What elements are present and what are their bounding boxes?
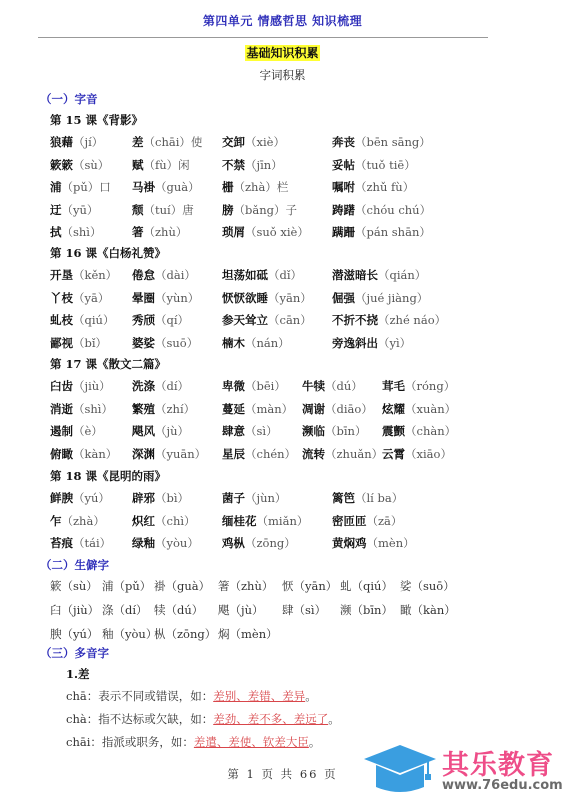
pinyin: （bǐ）: [73, 336, 107, 350]
word-entry: 茸毛（róng）: [382, 378, 455, 394]
word: 繁殖: [132, 402, 155, 416]
pinyin: （tuí）唐: [144, 203, 194, 217]
rare-char-entry: 浦（pǔ）: [102, 578, 151, 594]
word-entry: 丫枝（yā）: [50, 290, 109, 306]
word: 迂: [50, 203, 62, 217]
word: 星辰: [222, 447, 245, 461]
header-divider: [38, 37, 488, 38]
word-entry: 踌躇（chóu chú）: [332, 202, 431, 218]
word: 蔓延: [222, 402, 245, 416]
pinyin: （yùn）: [155, 291, 199, 305]
word: 苔痕: [50, 536, 73, 550]
word-entry: 浦（pǔ）口: [50, 179, 111, 195]
rare-char-entry: 臼（jiù）: [50, 602, 99, 618]
word-entry: 参天耸立（cān）: [222, 312, 312, 328]
word-row: 浦（pǔ）口马褂（guà）栅（zhà）栏嘱咐（zhǔ fù）: [50, 179, 530, 197]
polyphone-examples: 差别、差错、差异: [213, 689, 305, 703]
word-entry: 鲜腴（yú）: [50, 490, 110, 506]
pinyin: （qián）: [378, 268, 426, 282]
word-entry: 鸡枞（zōng）: [222, 535, 296, 551]
pinyin: （suǒ xiè）: [245, 225, 309, 239]
pinyin: （zōng）: [245, 536, 296, 550]
word-row: 鄙视（bǐ）婆娑（suō）楠木（nán）旁逸斜出（yì）: [50, 335, 530, 353]
word: 楠木: [222, 336, 245, 350]
word: 倔强: [332, 291, 355, 305]
word-entry: 鄙视（bǐ）: [50, 335, 107, 351]
pinyin: （zhǔ fù）: [355, 180, 414, 194]
pinyin: （dài）: [155, 268, 196, 282]
word: 鸡枞: [222, 536, 245, 550]
word-row: 丫枝（yā）晕圈（yùn）恹恹欲睡（yān）倔强（jué jiàng）: [50, 290, 530, 308]
word: 蹒跚: [332, 225, 355, 239]
word: 箸: [132, 225, 144, 239]
rare-char-entry: 娑（suō）: [400, 578, 455, 594]
highlighted-title-text: 基础知识积累: [245, 45, 319, 61]
word: 不折不挠: [332, 313, 378, 327]
word: 颓: [132, 203, 144, 217]
word: 缅桂花: [222, 514, 257, 528]
rare-char-entry: 箸（zhù）: [218, 578, 273, 594]
word: 参天耸立: [222, 313, 268, 327]
pinyin: （fù）闲: [144, 158, 190, 172]
polyphone-line: chāi：指派或职务，如：差遣、差使、钦差大臣。: [66, 734, 320, 750]
rare-char-entry: 恹（yān）: [282, 578, 337, 594]
word-entry: 秀颀（qí）: [132, 312, 189, 328]
word-entry: 虬枝（qiú）: [50, 312, 114, 328]
pinyin: （mèn）: [367, 536, 415, 550]
word-row: 乍（zhà）炽红（chì）缅桂花（miǎn）密匝匝（zā）: [50, 513, 530, 531]
rare-char-entry: 腴（yú）: [50, 626, 98, 642]
word-entry: 缅桂花（miǎn）: [222, 513, 308, 529]
word-entry: 旁逸斜出（yì）: [332, 335, 411, 351]
word: 密匝匝: [332, 514, 367, 528]
word-entry: 妥帖（tuǒ tiē）: [332, 157, 416, 173]
word-entry: 差（chāi）使: [132, 134, 202, 150]
word-entry: 炽红（chì）: [132, 513, 196, 529]
word: 震颤: [382, 424, 405, 438]
word: 黄焖鸡: [332, 536, 367, 550]
section-heading-rare-chars: （二）生僻字: [40, 557, 109, 573]
word-entry: 辟邪（bì）: [132, 490, 189, 506]
word: 簌簌: [50, 158, 73, 172]
word-entry: 臼齿（jiù）: [50, 378, 111, 394]
pinyin: （xiè）: [245, 135, 285, 149]
pinyin: （jiù）: [73, 379, 111, 393]
word: 云霄: [382, 447, 405, 461]
word: 鲜腴: [50, 491, 73, 505]
polyphone-examples: 差劲、差不多、差远了: [213, 712, 328, 726]
pinyin: （jīn）: [245, 158, 283, 172]
pinyin: （zā）: [367, 514, 403, 528]
pinyin: （yú）: [73, 491, 110, 505]
pinyin: （yū）: [62, 203, 99, 217]
word: 栅: [222, 180, 234, 194]
lesson-title: 第 15 课《背影》: [50, 112, 143, 128]
word-entry: 炫耀（xuàn）: [382, 401, 456, 417]
pinyin: （cān）: [268, 313, 312, 327]
polyphone-meaning: chà：指不达标或欠缺，如：: [66, 712, 213, 726]
logo-url: www.76edu.com: [442, 778, 563, 793]
polyphone-meaning: chā：表示不同或错误，如：: [66, 689, 213, 703]
word-entry: 凋谢（diāo）: [302, 401, 373, 417]
word: 嘱咐: [332, 180, 355, 194]
word-entry: 星辰（chén）: [222, 446, 296, 462]
pinyin: （jùn）: [245, 491, 286, 505]
pinyin: （sù）: [73, 158, 109, 172]
word-row: 虬枝（qiú）秀颀（qí）参天耸立（cān）不折不挠（zhé náo）: [50, 312, 530, 330]
word-row: 狼藉（jí）差（chāi）使交卸（xiè）奔丧（bēn sāng）: [50, 134, 530, 152]
pinyin: （diāo）: [325, 402, 373, 416]
word: 飓风: [132, 424, 155, 438]
pinyin: （bì）: [155, 491, 189, 505]
pinyin: （bēn sāng）: [355, 135, 431, 149]
word-entry: 消逝（shì）: [50, 401, 113, 417]
word-entry: 肆意（sì）: [222, 423, 278, 439]
pinyin: （tuǒ tiē）: [355, 158, 416, 172]
word: 臼齿: [50, 379, 73, 393]
word-entry: 密匝匝（zā）: [332, 513, 402, 529]
word-entry: 蹒跚（pán shān）: [332, 224, 431, 240]
word: 潜滋暗长: [332, 268, 378, 282]
word-entry: 拭（shì）: [50, 224, 102, 240]
pinyin: （zhé náo）: [378, 313, 446, 327]
pinyin: （zhí）: [155, 402, 195, 416]
word-row: 拭（shì）箸（zhù）琐屑（suǒ xiè）蹒跚（pán shān）: [50, 224, 530, 242]
lesson-title: 第 16 课《白杨礼赞》: [50, 245, 166, 261]
rare-char-entry: 褂（guà）: [154, 578, 210, 594]
word-entry: 楠木（nán）: [222, 335, 290, 351]
word: 倦怠: [132, 268, 155, 282]
word-row: 鲜腴（yú）辟邪（bì）菌子（jùn）篱笆（lí ba）: [50, 490, 530, 508]
pinyin: （lí ba）: [355, 491, 403, 505]
pinyin: （chì）: [155, 514, 196, 528]
rare-char-row: 臼（jiù）涤（dí）犊（dú）飓（jù）肆（sì）濒（bīn）瞰（kàn）: [50, 602, 530, 620]
rare-char-entry: 虬（qiú）: [340, 578, 393, 594]
word-entry: 云霄（xiāo）: [382, 446, 452, 462]
pinyin: （pán shān）: [355, 225, 431, 239]
pinyin: （sì）: [245, 424, 278, 438]
word: 晕圈: [132, 291, 155, 305]
word: 深渊: [132, 447, 155, 461]
word-entry: 俯瞰（kàn）: [50, 446, 117, 462]
word-row: 遏制（è）飓风（jù）肆意（sì）濒临（bīn）震颤（chàn）: [50, 423, 530, 441]
word-entry: 菌子（jùn）: [222, 490, 286, 506]
pinyin: （shì）: [62, 225, 102, 239]
word: 遏制: [50, 424, 73, 438]
word-entry: 繁殖（zhí）: [132, 401, 195, 417]
word: 恹恹欲睡: [222, 291, 268, 305]
pinyin: （yuān）: [155, 447, 206, 461]
sentence-end: 。: [305, 689, 317, 703]
word: 俯瞰: [50, 447, 73, 461]
pinyin: （róng）: [405, 379, 455, 393]
word-entry: 箸（zhù）: [132, 224, 187, 240]
rare-char-entry: 飓（jù）: [218, 602, 263, 618]
pinyin: （zhù）: [144, 225, 188, 239]
word: 差: [132, 135, 144, 149]
pinyin: （chén）: [245, 447, 296, 461]
word-entry: 牛犊（dú）: [302, 378, 363, 394]
word-entry: 迂（yū）: [50, 202, 98, 218]
word: 洗涤: [132, 379, 155, 393]
pinyin: （màn）: [245, 402, 293, 416]
word: 琐屑: [222, 225, 245, 239]
word-entry: 奔丧（bēn sāng）: [332, 134, 431, 150]
word-entry: 卑微（bēi）: [222, 378, 286, 394]
section-heading-polyphones: （三）多音字: [40, 645, 109, 661]
pinyin: （guà）: [155, 180, 200, 194]
word-entry: 交卸（xiè）: [222, 134, 285, 150]
polyphone-meaning: chāi：指派或职务，如：: [66, 735, 194, 749]
logo-brand-text: 其乐教育: [442, 743, 554, 782]
word: 奔丧: [332, 135, 355, 149]
word: 肆意: [222, 424, 245, 438]
pinyin: （suō）: [155, 336, 198, 350]
pinyin: （yì）: [378, 336, 411, 350]
polyphone-heading: 1.差: [66, 666, 90, 682]
word-entry: 遏制（è）: [50, 423, 103, 439]
sub-title: 字词积累: [0, 67, 565, 83]
word-entry: 恹恹欲睡（yān）: [222, 290, 312, 306]
word-entry: 黄焖鸡（mèn）: [332, 535, 415, 551]
word-entry: 流转（zhuǎn）: [302, 446, 383, 462]
pinyin: （pǔ）口: [62, 180, 111, 194]
word: 婆娑: [132, 336, 155, 350]
word-entry: 婆娑（suō）: [132, 335, 198, 351]
rare-char-entry: 枞（zōng）: [154, 626, 216, 642]
word-entry: 颓（tuí）唐: [132, 202, 194, 218]
word-entry: 飓风（jù）: [132, 423, 189, 439]
pinyin: （qí）: [155, 313, 189, 327]
word-entry: 栅（zhà）栏: [222, 179, 288, 195]
word: 狼藉: [50, 135, 73, 149]
word-row: 苔痕（tái）绿釉（yòu）鸡枞（zōng）黄焖鸡（mèn）: [50, 535, 530, 553]
pinyin: （bǎng）子: [234, 203, 298, 217]
word-entry: 倦怠（dài）: [132, 267, 196, 283]
pinyin: （zhà）: [62, 514, 105, 528]
word: 交卸: [222, 135, 245, 149]
word-entry: 苔痕（tái）: [50, 535, 111, 551]
word-entry: 琐屑（suǒ xiè）: [222, 224, 309, 240]
lesson-title: 第 18 课《昆明的雨》: [50, 468, 166, 484]
word-entry: 篱笆（lí ba）: [332, 490, 403, 506]
word-entry: 开垦（kěn）: [50, 267, 117, 283]
pinyin: （jué jiàng）: [355, 291, 428, 305]
word: 乍: [50, 514, 62, 528]
word-row: 开垦（kěn）倦怠（dài）坦荡如砥（dǐ）潜滋暗长（qián）: [50, 267, 530, 285]
word: 凋谢: [302, 402, 325, 416]
pinyin: （dú）: [325, 379, 363, 393]
pinyin: （dǐ）: [268, 268, 302, 282]
pinyin: （chàn）: [405, 424, 456, 438]
word-entry: 绿釉（yòu）: [132, 535, 199, 551]
pinyin: （xuàn）: [405, 402, 456, 416]
word: 坦荡如砥: [222, 268, 268, 282]
pinyin: （jù）: [155, 424, 189, 438]
word-entry: 膀（bǎng）子: [222, 202, 297, 218]
word-entry: 狼藉（jí）: [50, 134, 103, 150]
sentence-end: 。: [309, 735, 321, 749]
word-entry: 洗涤（dí）: [132, 378, 189, 394]
rare-char-entry: 肆（sì）: [282, 602, 326, 618]
word-entry: 震颤（chàn）: [382, 423, 456, 439]
highlighted-title: 基础知识积累: [0, 44, 565, 61]
word-row: 臼齿（jiù）洗涤（dí）卑微（bēi）牛犊（dú）茸毛（róng）: [50, 378, 530, 396]
word: 菌子: [222, 491, 245, 505]
lesson-title: 第 17 课《散文二篇》: [50, 356, 166, 372]
rare-char-entry: 釉（yòu）: [102, 626, 157, 642]
word: 炽红: [132, 514, 155, 528]
word-row: 簌簌（sù）赋（fù）闲不禁（jīn）妥帖（tuǒ tiē）: [50, 157, 530, 175]
pinyin: （kěn）: [73, 268, 117, 282]
word-entry: 赋（fù）闲: [132, 157, 190, 173]
word-entry: 倔强（jué jiàng）: [332, 290, 428, 306]
rare-char-entry: 焖（mèn）: [218, 626, 278, 642]
word-row: 迂（yū）颓（tuí）唐膀（bǎng）子踌躇（chóu chú）: [50, 202, 530, 220]
word-entry: 马褂（guà）: [132, 179, 200, 195]
rare-char-row: 簌（sù）浦（pǔ）褂（guà）箸（zhù）恹（yān）虬（qiú）娑（suō）: [50, 578, 530, 596]
word: 膀: [222, 203, 234, 217]
word: 消逝: [50, 402, 73, 416]
word: 妥帖: [332, 158, 355, 172]
graduation-cap-icon: [362, 741, 440, 797]
pinyin: （kàn）: [73, 447, 117, 461]
pinyin: （nán）: [245, 336, 290, 350]
pinyin: （yān）: [268, 291, 312, 305]
pinyin: （è）: [73, 424, 103, 438]
word-entry: 濒临（bīn）: [302, 423, 366, 439]
word: 辟邪: [132, 491, 155, 505]
polyphone-line: chā：表示不同或错误，如：差别、差错、差异。: [66, 688, 317, 704]
word: 拭: [50, 225, 62, 239]
polyphone-line: chà：指不达标或欠缺，如：差劲、差不多、差远了。: [66, 711, 340, 727]
word: 炫耀: [382, 402, 405, 416]
section-heading-pronunciation: （一）字音: [40, 91, 98, 107]
word-entry: 晕圈（yùn）: [132, 290, 199, 306]
pinyin: （miǎn）: [257, 514, 309, 528]
word: 濒临: [302, 424, 325, 438]
pinyin: （bēi）: [245, 379, 286, 393]
word-row: 消逝（shì）繁殖（zhí）蔓延（màn）凋谢（diāo）炫耀（xuàn）: [50, 401, 530, 419]
rare-char-entry: 涤（dí）: [102, 602, 148, 618]
word: 牛犊: [302, 379, 325, 393]
pinyin: （dí）: [155, 379, 189, 393]
rare-char-row: 腴（yú）釉（yòu）枞（zōng）焖（mèn）: [50, 626, 530, 644]
word: 茸毛: [382, 379, 405, 393]
word: 虬枝: [50, 313, 73, 327]
word-entry: 嘱咐（zhǔ fù）: [332, 179, 414, 195]
word-entry: 不禁（jīn）: [222, 157, 283, 173]
word-entry: 簌簌（sù）: [50, 157, 109, 173]
word: 丫枝: [50, 291, 73, 305]
rare-char-entry: 濒（bīn）: [340, 602, 393, 618]
word: 鄙视: [50, 336, 73, 350]
pinyin: （shì）: [73, 402, 113, 416]
pinyin: （chāi）使: [144, 135, 203, 149]
pinyin: （tái）: [73, 536, 111, 550]
word-entry: 深渊（yuān）: [132, 446, 206, 462]
polyphone-examples: 差遣、差使、钦差大臣: [194, 735, 309, 749]
rare-char-entry: 瞰（kàn）: [400, 602, 456, 618]
rare-char-entry: 犊（dú）: [154, 602, 203, 618]
word: 开垦: [50, 268, 73, 282]
word: 踌躇: [332, 203, 355, 217]
word: 旁逸斜出: [332, 336, 378, 350]
word: 绿釉: [132, 536, 155, 550]
word: 马褂: [132, 180, 155, 194]
word-entry: 乍（zhà）: [50, 513, 105, 529]
word: 流转: [302, 447, 325, 461]
pinyin: （qiú）: [73, 313, 114, 327]
word-entry: 坦荡如砥（dǐ）: [222, 267, 302, 283]
document-header-title: 第四单元 情感哲思 知识梳理: [0, 12, 565, 29]
word-entry: 潜滋暗长（qián）: [332, 267, 426, 283]
word: 秀颀: [132, 313, 155, 327]
rare-char-entry: 簌（sù）: [50, 578, 98, 594]
pinyin: （zhuǎn）: [325, 447, 383, 461]
word-row: 俯瞰（kàn）深渊（yuān）星辰（chén）流转（zhuǎn）云霄（xiāo）: [50, 446, 530, 464]
pinyin: （yā）: [73, 291, 109, 305]
word-entry: 不折不挠（zhé náo）: [332, 312, 446, 328]
pinyin: （chóu chú）: [355, 203, 431, 217]
word: 卑微: [222, 379, 245, 393]
word: 浦: [50, 180, 62, 194]
watermark-logo: 其乐教育 www.76edu.com: [362, 741, 562, 797]
pinyin: （jí）: [73, 135, 103, 149]
word: 篱笆: [332, 491, 355, 505]
sentence-end: 。: [328, 712, 340, 726]
pinyin: （bīn）: [325, 424, 366, 438]
word-entry: 蔓延（màn）: [222, 401, 293, 417]
pinyin: （yòu）: [155, 536, 199, 550]
word: 赋: [132, 158, 144, 172]
pinyin: （xiāo）: [405, 447, 452, 461]
word: 不禁: [222, 158, 245, 172]
pinyin: （zhà）栏: [234, 180, 289, 194]
